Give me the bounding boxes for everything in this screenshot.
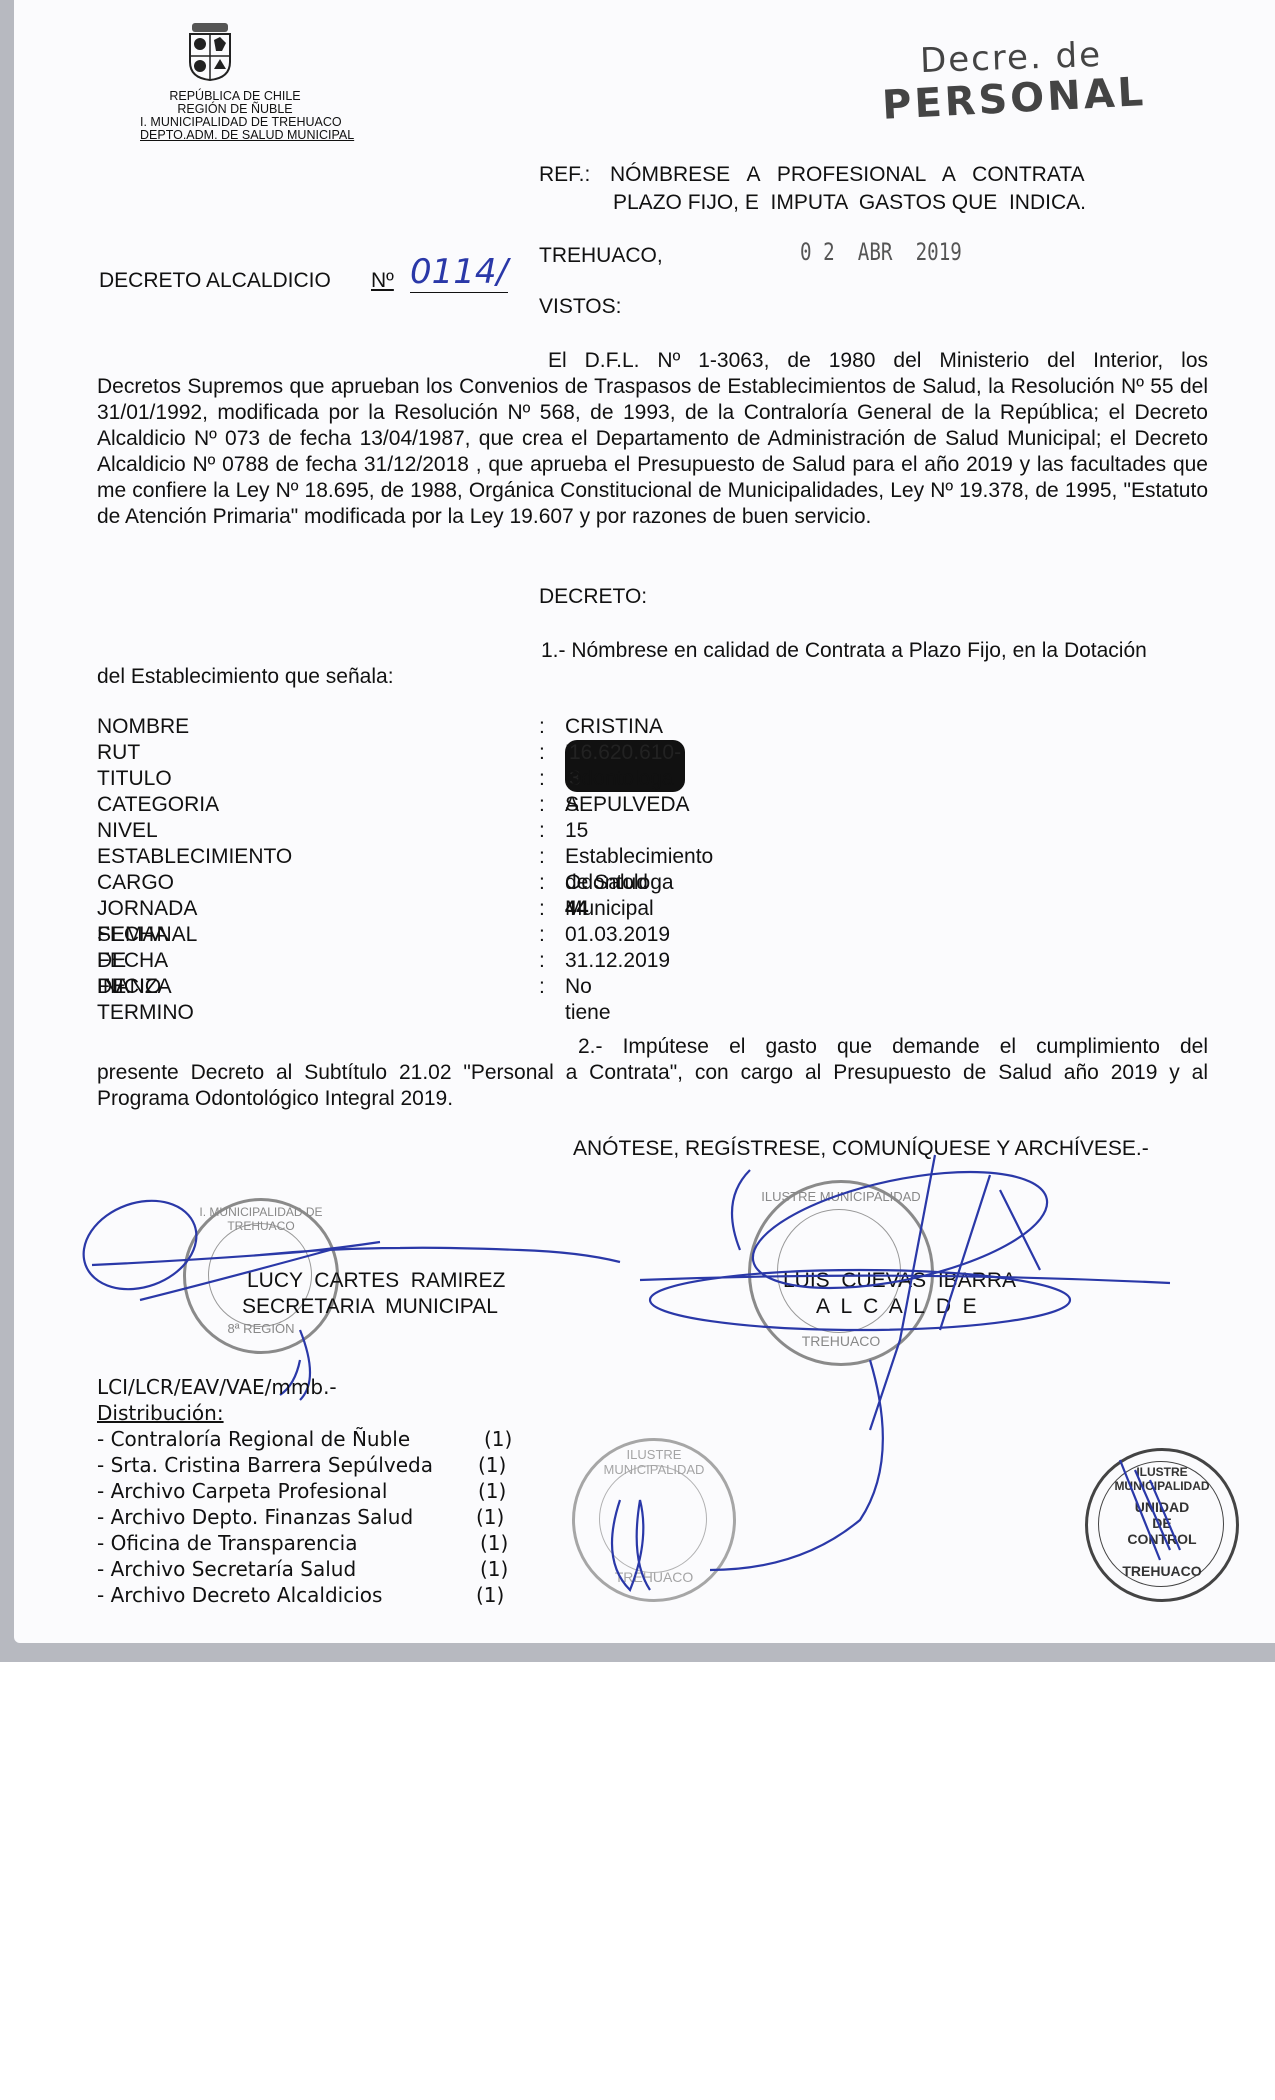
field-separator: : <box>539 766 545 792</box>
seal-bottom-text: TREHUACO <box>751 1333 931 1349</box>
reference-initials: LCI/LCR/EAV/VAE/mmb.- <box>97 1374 337 1400</box>
vistos-first-line: El D.F.L. Nº 1-3063, de 1980 del Ministe… <box>548 348 1208 374</box>
field-separator: : <box>539 896 545 922</box>
decreto-item1-first: 1.- Nómbrese en calidad de Contrata a Pl… <box>541 638 1147 664</box>
distribution-item: - Srta. Cristina Barrera Sepúlveda <box>97 1452 433 1478</box>
date-stamp: 0 2 ABR 2019 <box>800 238 962 266</box>
field-separator: : <box>539 792 545 818</box>
seal-municipalidad: ILUSTRE MUNICIPALIDAD TREHUACO <box>572 1438 736 1602</box>
distribution-qty: (1) <box>476 1504 504 1530</box>
signatory-2-title: A L C A L D E <box>816 1294 977 1320</box>
distribution-qty: (1) <box>480 1530 508 1556</box>
coat-of-arms-icon <box>180 22 240 82</box>
ref-label: REF.: <box>539 162 590 188</box>
field-separator: : <box>539 974 545 1000</box>
field-value-cargo: Odontologa <box>565 870 674 896</box>
distribution-item: - Archivo Depto. Finanzas Salud <box>97 1504 413 1530</box>
field-separator: : <box>539 948 545 974</box>
item2-line-3: Programa Odontológico Integral 2019. <box>97 1086 453 1112</box>
place-label: TREHUACO, <box>539 243 663 269</box>
distribution-qty: (1) <box>478 1452 506 1478</box>
signatory-2-name: LUIS CUEVAS IBARRA <box>783 1268 1016 1294</box>
seal-center-line: UNIDAD <box>1088 1499 1236 1515</box>
item2-first-line: 2.- Impútese el gasto que demande el cum… <box>578 1034 1208 1060</box>
field-label: TITULO <box>97 766 172 792</box>
vistos-heading: VISTOS: <box>539 294 621 320</box>
field-label: FIANZA <box>97 974 172 1000</box>
seal-center-line: CONTROL <box>1088 1531 1236 1547</box>
closing-formula: ANÓTESE, REGÍSTRESE, COMUNÍQUESE Y ARCHÍ… <box>573 1136 1149 1162</box>
field-value-fecha-inicio: 01.03.2019 <box>565 922 670 948</box>
seal-bottom-text: 8ª REGIÓN <box>186 1321 336 1336</box>
ref-line-2: PLAZO FIJO, E IMPUTA GASTOS QUE INDICA. <box>613 190 1086 216</box>
field-label: CARGO <box>97 870 174 896</box>
field-value-categoria: A <box>565 792 579 818</box>
decree-number-prefix: Nº <box>371 268 394 294</box>
field-separator: : <box>539 922 545 948</box>
seal-top-text: ILUSTRE MUNICIPALIDAD <box>751 1189 931 1204</box>
distribution-qty: (1) <box>484 1426 512 1452</box>
seal-top-text: I. MUNICIPALIDAD DE TREHUACO <box>186 1205 336 1233</box>
field-separator: : <box>539 870 545 896</box>
item2-line-2: presente Decreto al Subtítulo 21.02 "Per… <box>97 1060 1208 1086</box>
seal-bottom-text: TREHUACO <box>575 1569 733 1585</box>
field-value-titulo: Odontologa <box>565 766 674 792</box>
field-value-fecha-termino: 31.12.2019 <box>565 948 670 974</box>
seal-center-text: UNIDAD DE CONTROL <box>1088 1499 1236 1547</box>
seal-center-line: DE <box>1088 1515 1236 1531</box>
seal-unidad-de-control: ILUSTRE MUNICIPALIDAD UNIDAD DE CONTROL … <box>1085 1448 1239 1602</box>
distribution-item: - Archivo Secretaría Salud <box>97 1556 356 1582</box>
distribution-item: - Archivo Carpeta Profesional <box>97 1478 387 1504</box>
distribution-qty: (1) <box>478 1478 506 1504</box>
distribution-qty: (1) <box>476 1582 504 1608</box>
field-label: NOMBRE <box>97 714 189 740</box>
field-separator: : <box>539 740 545 766</box>
seal-bottom-text: TREHUACO <box>1088 1563 1236 1579</box>
distribution-qty: (1) <box>480 1556 508 1582</box>
field-value-fianza: No tiene <box>565 974 611 1026</box>
field-separator: : <box>539 844 545 870</box>
field-separator: : <box>539 714 545 740</box>
field-value-jornada: 44 <box>565 896 588 922</box>
field-label: NIVEL <box>97 818 158 844</box>
distribution-item: - Archivo Decreto Alcaldicios <box>97 1582 382 1608</box>
ref-line-1: NÓMBRESE A PROFESIONAL A CONTRATA <box>610 162 1178 188</box>
field-label: ESTABLECIMIENTO <box>97 844 292 870</box>
decree-number-handwritten: 0114/ <box>410 252 508 293</box>
field-label: RUT <box>97 740 140 766</box>
distribution-item: - Oficina de Transparencia <box>97 1530 358 1556</box>
field-separator: : <box>539 818 545 844</box>
vistos-paragraph: Decretos Supremos que aprueban los Conve… <box>97 374 1208 530</box>
decreto-heading: DECRETO: <box>539 584 647 610</box>
distribution-heading: Distribución: <box>97 1400 224 1426</box>
letterhead-department: DEPTO.ADM. DE SALUD MUNICIPAL <box>140 129 330 142</box>
seal-top-text: ILUSTRE MUNICIPALIDAD <box>575 1447 733 1477</box>
field-label: CATEGORIA <box>97 792 219 818</box>
decree-label: DECRETO ALCALDICIO <box>99 268 331 294</box>
signatory-1-name: LUCY CARTES RAMIREZ <box>247 1268 505 1294</box>
decreto-item1-rest: del Establecimiento que señala: <box>97 664 394 690</box>
seal-top-text: ILUSTRE MUNICIPALIDAD <box>1088 1465 1236 1493</box>
field-value-nivel: 15 <box>565 818 588 844</box>
distribution-item: - Contraloría Regional de Ñuble <box>97 1426 410 1452</box>
signatory-1-title: SECRETARIA MUNICIPAL <box>242 1294 498 1320</box>
